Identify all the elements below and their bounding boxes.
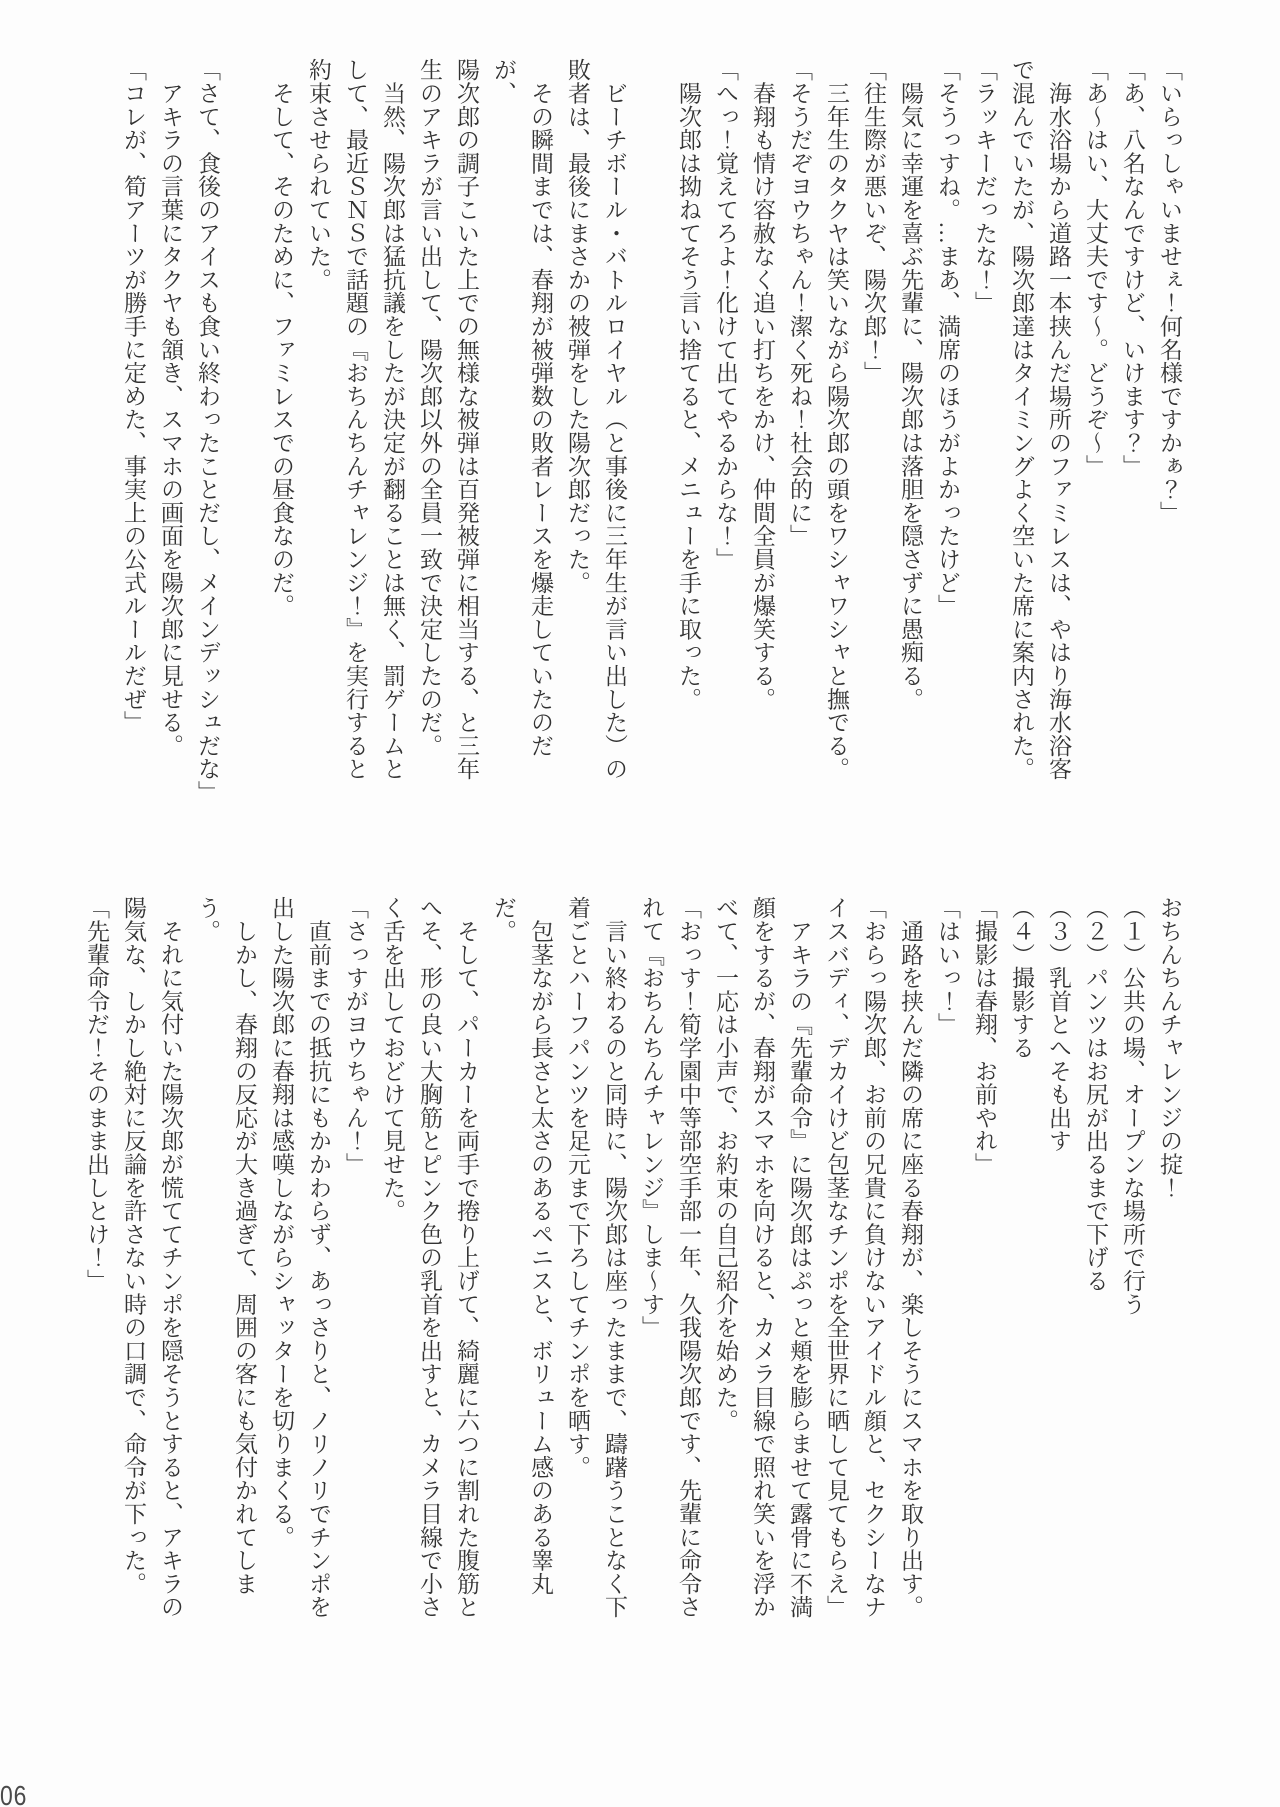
text-line: 言い終わるのと同時に、陽次郎は座ったままで、躊躇うことなく下 <box>596 896 633 1638</box>
text-line: 陽気に幸運を喜ぶ先輩に、陽次郎は落胆を隠さずに愚痴る。 <box>892 58 929 800</box>
text-line: 顔をするが、春翔がスマホを向けると、カメラ目線で照れ笑いを浮か <box>744 896 781 1638</box>
text-line: 「あ～はい、大丈夫です～。どうぞ～」 <box>1077 58 1114 800</box>
text-line: 「はいっ！」 <box>929 896 966 1638</box>
text-line: 春翔も情け容赦なく追い打ちをかけ、仲間全員が爆笑する。 <box>744 58 781 800</box>
text-line: 「コレが、筍アーツが勝手に定めた、事実上の公式ルールだぜ」 <box>115 58 152 800</box>
text-line: 包茎ながら長さと太さのあるペニスと、ボリューム感のある睾丸だ。 <box>485 896 559 1638</box>
text-line: べて、一応は小声で、お約束の自己紹介を始めた。 <box>707 896 744 1638</box>
text-line: して、最近ＳＮＳで話題の『おちんちんチャレンジ！』を実行すると <box>337 58 374 800</box>
text-line: 陽気な、しかし絶対に反論を許さない時の口調で、命令が下った。 <box>115 896 152 1638</box>
text-line: 「そうっすね。…まあ、満席のほうがよかったけど」 <box>929 58 966 800</box>
text-line: 直前までの抵抗にもかかわらず、あっさりと、ノリノリでチンポを <box>300 896 337 1638</box>
text-line: 「ラッキーだったな！」 <box>966 58 1003 800</box>
text-line: 「あ、八名なんですけど、いけます？」 <box>1114 58 1151 800</box>
text-line: その瞬間までは、春翔が被弾数の敗者レースを爆走していたのだが、 <box>485 58 559 800</box>
text-line: 陽次郎は拗ねてそう言い捨てると、メニューを手に取った。 <box>670 58 707 800</box>
text-line: 着ごとハーフパンツを足元まで下ろしてチンポを晒す。 <box>559 896 596 1638</box>
text-line: 「先輩命令だ！そのまま出しとけ！」 <box>78 896 115 1638</box>
text-line: 「おらっ陽次郎、お前の兄貴に負けないアイドル顔と、セクシーなナ <box>855 896 892 1638</box>
text-line: （１）公共の場、オープンな場所で行う <box>1114 896 1151 1638</box>
text-line: 海水浴場から道路一本挟んだ場所のファミレスは、やはり海水浴客 <box>1040 58 1077 800</box>
text-line: 生のアキラが言い出して、陽次郎以外の全員一致で決定したのだ。 <box>411 58 448 800</box>
text-line: ビーチボール・バトルロイヤル（と事後に三年生が言い出した）の <box>596 58 633 800</box>
text-line: アキラの言葉にタクヤも頷き、スマホの画面を陽次郎に見せる。 <box>152 58 189 800</box>
text-line: それに気付いた陽次郎が慌ててチンポを隠そうとすると、アキラの <box>152 896 189 1638</box>
text-line: イスバディ、デカイけど包茎なチンポを全世界に晒して見てもらえ」 <box>818 896 855 1638</box>
text-section-bottom: おちんちんチャレンジの掟！（１）公共の場、オープンな場所で行う（２）パンツはお尻… <box>78 896 1188 1638</box>
text-line: 敗者は、最後にまさかの被弾をした陽次郎だった。 <box>559 58 596 800</box>
text-line: で混んでいたが、陽次郎達はタイミングよく空いた席に案内された。 <box>1003 58 1040 800</box>
text-line: 三年生のタクヤは笑いながら陽次郎の頭をワシャワシャと撫でる。 <box>818 58 855 800</box>
text-line: 約束させられていた。 <box>300 58 337 800</box>
text-line <box>226 58 263 800</box>
text-line: 「さて、食後のアイスも食い終わったことだし、メインデッシュだな」 <box>189 58 226 800</box>
text-section-top: 「いらっしゃいませぇ！何名様ですかぁ？」「あ、八名なんですけど、いけます？」「あ… <box>115 58 1188 800</box>
text-line: （２）パンツはお尻が出るまで下げる <box>1077 896 1114 1638</box>
text-line <box>633 58 670 800</box>
text-line: 「そうだぞヨウちゃん！潔く死ね！社会的に」 <box>781 58 818 800</box>
text-line: そして、そのために、ファミレスでの昼食なのだ。 <box>263 58 300 800</box>
text-line: 「往生際が悪いぞ、陽次郎！」 <box>855 58 892 800</box>
text-line: 当然、陽次郎は猛抗議をしたが決定が翻ることは無く、罰ゲームと <box>374 58 411 800</box>
text-line: おちんちんチャレンジの掟！ <box>1151 896 1188 1638</box>
text-line: （４）撮影する <box>1003 896 1040 1638</box>
text-line: 陽次郎の調子こいた上での無様な被弾は百発被弾に相当する、と三年 <box>448 58 485 800</box>
novel-page: 「いらっしゃいませぇ！何名様ですかぁ？」「あ、八名なんですけど、いけます？」「あ… <box>0 0 1280 1807</box>
page-number: 06 <box>0 1780 27 1807</box>
text-line: 出した陽次郎に春翔は感嘆しながらシャッターを切りまくる。 <box>263 896 300 1638</box>
text-line: そして、パーカーを両手で捲り上げて、綺麗に六つに割れた腹筋と <box>448 896 485 1638</box>
text-line: れて『おちんちんチャレンジ』しま～す」 <box>633 896 670 1638</box>
text-line: 「撮影は春翔、お前やれ」 <box>966 896 1003 1638</box>
text-line: く舌を出しておどけて見せた。 <box>374 896 411 1638</box>
text-line: へそ、形の良い大胸筋とピンク色の乳首を出すと、カメラ目線で小さ <box>411 896 448 1638</box>
text-line: アキラの『先輩命令』に陽次郎はぷっと頬を膨らませて露骨に不満 <box>781 896 818 1638</box>
text-line: 「おっす！筍学園中等部空手部一年、久我陽次郎です、先輩に命令さ <box>670 896 707 1638</box>
text-line: 「いらっしゃいませぇ！何名様ですかぁ？」 <box>1151 58 1188 800</box>
text-line: しかし、春翔の反応が大き過ぎて、周囲の客にも気付かれてしまう。 <box>189 896 263 1638</box>
text-line: 「へっ！覚えてろよ！化けて出てやるからな！」 <box>707 58 744 800</box>
text-line: 通路を挟んだ隣の席に座る春翔が、楽しそうにスマホを取り出す。 <box>892 896 929 1638</box>
text-line: （３）乳首とへそも出す <box>1040 896 1077 1638</box>
text-line: 「さっすがヨウちゃん！」 <box>337 896 374 1638</box>
